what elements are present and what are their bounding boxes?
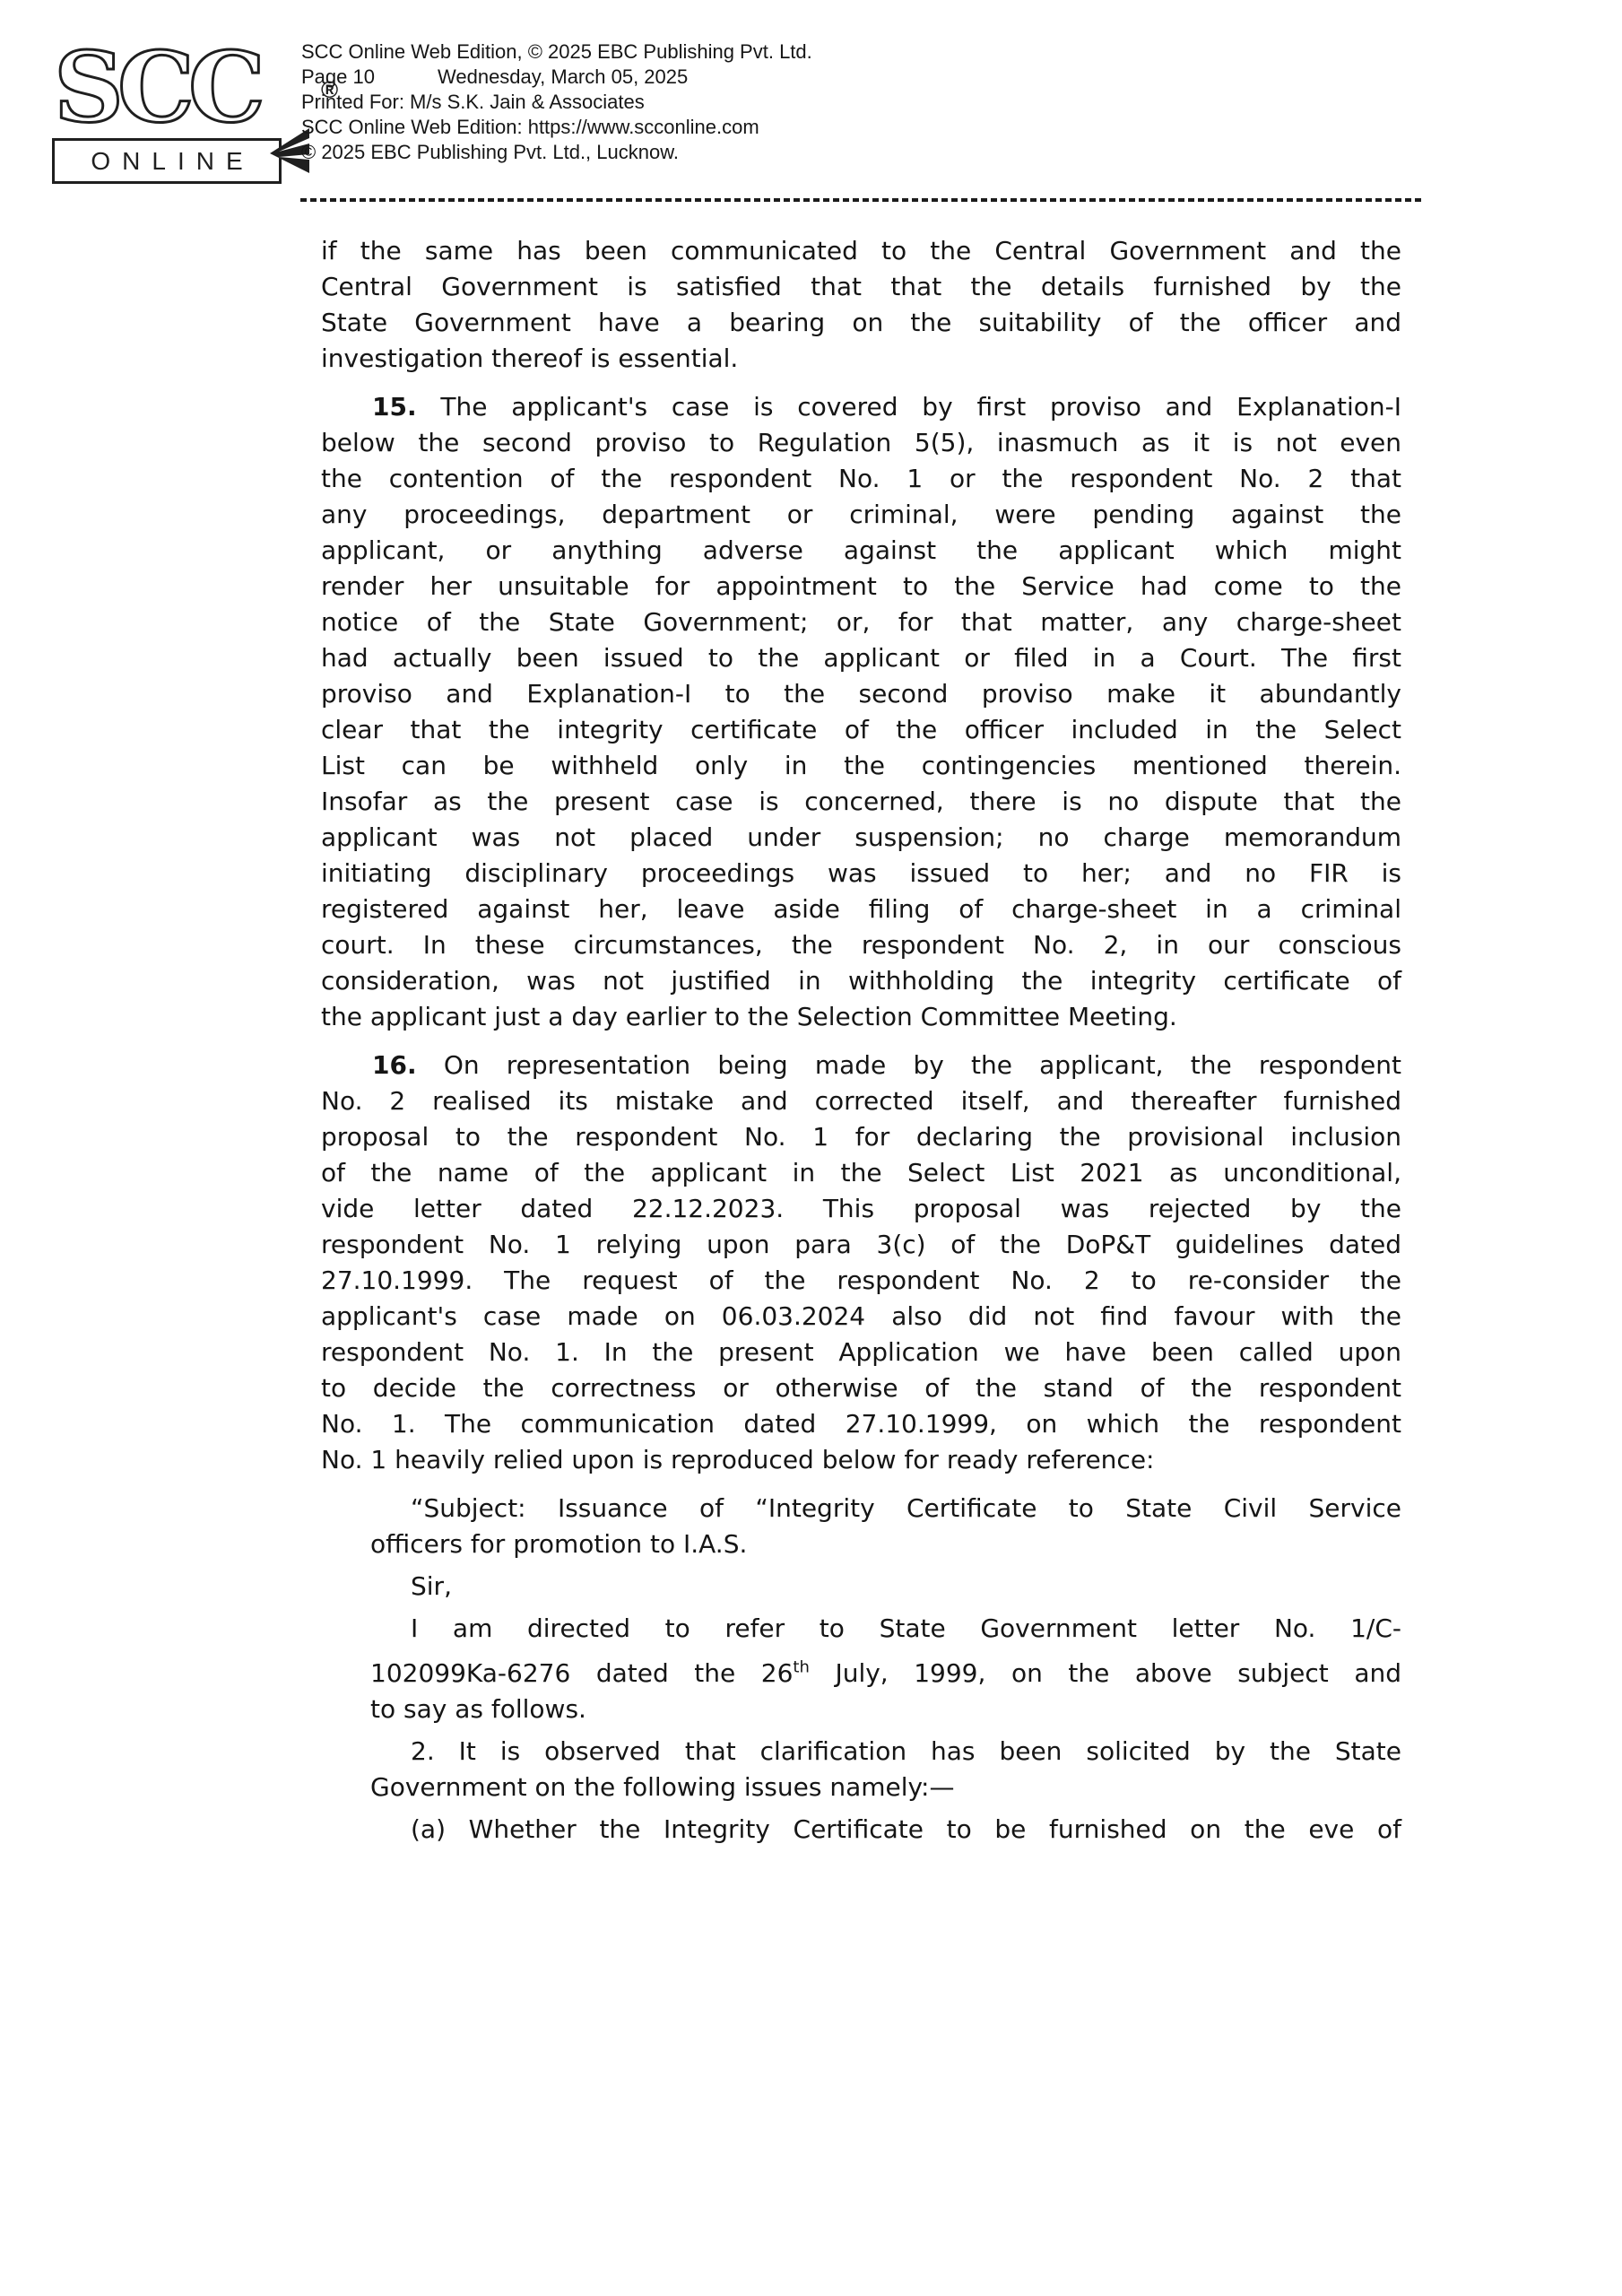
text-segment: July, 1999, on the above subject and (810, 1658, 1401, 1688)
print-date: Wednesday, March 05, 2025 (438, 65, 688, 88)
text-line: applicant was not placed under suspensio… (321, 820, 1401, 856)
text-line: “Subject: Issuance of “Integrity Certifi… (370, 1491, 1401, 1526)
logo-online-text: ONLINE (91, 147, 254, 175)
dashed-divider (300, 198, 1424, 202)
text-line: respondent No. 1. In the present Applica… (321, 1335, 1401, 1370)
text-line: the applicant just a day earlier to the … (321, 999, 1401, 1035)
header-edition-line: SCC Online Web Edition, © 2025 EBC Publi… (301, 39, 812, 65)
text-line: officers for promotion to I.A.S. (370, 1526, 1401, 1562)
text-line: below the second proviso to Regulation 5… (321, 425, 1401, 461)
text-line: State Government have a bearing on the s… (321, 305, 1401, 341)
header-meta: SCC Online Web Edition, © 2025 EBC Publi… (301, 39, 812, 165)
text-line: 15. The applicant's case is covered by f… (321, 389, 1401, 425)
quote-paragraph-3: (a) Whether the Integrity Certificate to… (370, 1812, 1401, 1848)
text-line: 16. On representation being made by the … (321, 1048, 1401, 1083)
document-body: if the same has been communicated to the… (321, 233, 1401, 1848)
quote-salutation: Sir, (370, 1569, 1401, 1605)
text-line: clear that the integrity certificate of … (321, 712, 1401, 748)
text-line: applicant's case made on 06.03.2024 also… (321, 1299, 1401, 1335)
text-line: initiating disciplinary proceedings was … (321, 856, 1401, 891)
text-line: investigation thereof is essential. (321, 341, 1401, 377)
text-line: the contention of the respondent No. 1 o… (321, 461, 1401, 497)
text-line: consideration, was not justified in with… (321, 963, 1401, 999)
para-first-text: The applicant's case is covered by first… (440, 392, 1401, 422)
text-line: any proceedings, department or criminal,… (321, 497, 1401, 533)
text-line: court. In these circumstances, the respo… (321, 927, 1401, 963)
text-line: (a) Whether the Integrity Certificate to… (370, 1812, 1401, 1848)
text-line: registered against her, leave aside fili… (321, 891, 1401, 927)
text-line: of the name of the applicant in the Sele… (321, 1155, 1401, 1191)
text-line: to say as follows. (370, 1692, 1401, 1727)
text-line: No. 2 realised its mistake and corrected… (321, 1083, 1401, 1119)
page-number: Page 10 (301, 65, 438, 90)
quoted-communication: “Subject: Issuance of “Integrity Certifi… (370, 1491, 1401, 1848)
text-line: applicant, or anything adverse against t… (321, 533, 1401, 569)
paragraph-continuation: if the same has been communicated to the… (321, 233, 1401, 377)
text-line: render her unsuitable for appointment to… (321, 569, 1401, 604)
text-line: proposal to the respondent No. 1 for dec… (321, 1119, 1401, 1155)
text-line: proviso and Explanation-I to the second … (321, 676, 1401, 712)
edition-url-line: SCC Online Web Edition: https://www.scco… (301, 115, 812, 140)
copyright-line: © 2025 EBC Publishing Pvt. Ltd., Lucknow… (301, 140, 812, 165)
text-line: No. 1. The communication dated 27.10.199… (321, 1406, 1401, 1442)
text-line: respondent No. 1 relying upon para 3(c) … (321, 1227, 1401, 1263)
text-line: notice of the State Government; or, for … (321, 604, 1401, 640)
para-first-text: On representation being made by the appl… (444, 1050, 1401, 1080)
text-line: vide letter dated 22.12.2023. This propo… (321, 1191, 1401, 1227)
text-line: if the same has been communicated to the… (321, 233, 1401, 269)
logo-online-box: ONLINE (52, 138, 282, 184)
text-line: List can be withheld only in the conting… (321, 748, 1401, 784)
text-line: 27.10.1999. The request of the responden… (321, 1263, 1401, 1299)
text-line: No. 1 heavily relied upon is reproduced … (321, 1442, 1401, 1478)
quote-paragraph-1: I am directed to refer to State Governme… (370, 1611, 1401, 1727)
printed-for-line: Printed For: M/s S.K. Jain & Associates (301, 90, 812, 115)
header-page-date-line: Page 10Wednesday, March 05, 2025 (301, 65, 812, 90)
text-line: 2. It is observed that clarification has… (370, 1734, 1401, 1770)
scc-online-logo: SCC ® ONLINE (52, 45, 296, 181)
text-line: to decide the correctness or otherwise o… (321, 1370, 1401, 1406)
text-line: Central Government is satisfied that tha… (321, 269, 1401, 305)
para-number: 16. (372, 1050, 417, 1080)
quote-paragraph-2: 2. It is observed that clarification has… (370, 1734, 1401, 1805)
para-number: 15. (372, 392, 417, 422)
text-line: I am directed to refer to State Governme… (370, 1611, 1401, 1647)
paragraph-15: 15. The applicant's case is covered by f… (321, 389, 1401, 1035)
document-page: SCC ® ONLINE SCC Online Web Edition, © 2… (0, 0, 1622, 2296)
text-line: 102099Ka-6276 dated the 26th July, 1999,… (370, 1647, 1401, 1692)
superscript-ordinal: th (793, 1658, 809, 1677)
logo-scc-text: SCC ® (52, 45, 296, 131)
text-line: Insofar as the present case is concerned… (321, 784, 1401, 820)
paragraph-16: 16. On representation being made by the … (321, 1048, 1401, 1478)
text-line: Government on the following issues namel… (370, 1770, 1401, 1805)
text-line: had actually been issued to the applican… (321, 640, 1401, 676)
text-segment: 102099Ka-6276 dated the 26 (370, 1658, 793, 1688)
quote-subject: “Subject: Issuance of “Integrity Certifi… (370, 1491, 1401, 1562)
text-line: Sir, (370, 1569, 1401, 1605)
